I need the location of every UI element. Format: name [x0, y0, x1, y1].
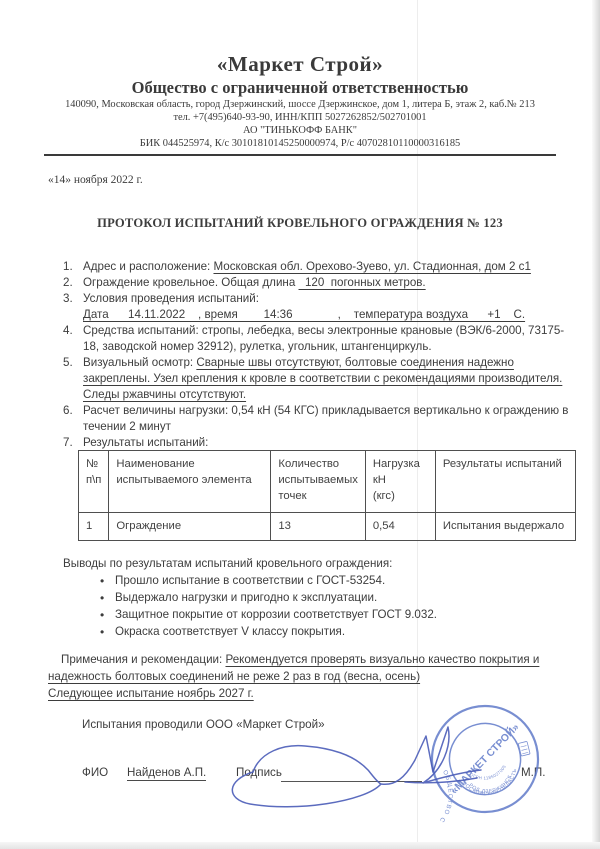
- protocol-items: 1. Адрес и расположение: Московская обл.…: [63, 259, 569, 451]
- bullet-icon: •: [100, 573, 115, 589]
- item-body: Визуальный осмотр: Сварные швы отсутству…: [83, 355, 569, 403]
- item-label: Визуальный осмотр:: [83, 356, 196, 369]
- item-value: Московская обл. Орехово-Зуево, ул. Стади…: [213, 260, 530, 273]
- bullet-text: Защитное покрытие от коррозии соответств…: [115, 607, 437, 623]
- list-item-address: 1. Адрес и расположение: Московская обл.…: [63, 259, 569, 275]
- item-body: Средства испытаний: стропы, лебедка, вес…: [83, 323, 569, 355]
- page-title: ПРОТОКОЛ ИСПЫТАНИЙ КРОВЕЛЬНОГО ОГРАЖДЕНИ…: [15, 216, 585, 231]
- conclusions-section: Выводы по результатам испытаний кровельн…: [63, 556, 563, 640]
- next-test-date: Следующее испытание ноябрь 2027 г.: [48, 687, 254, 700]
- item-body: Условия проведения испытаний: Дата 14.11…: [83, 291, 569, 323]
- bullet-icon: •: [100, 607, 115, 623]
- company-address: 140090, Московская область, город Дзержи…: [0, 98, 600, 111]
- conclusion-bullet: • Защитное покрытие от коррозии соответс…: [63, 607, 563, 623]
- item-number: 7.: [63, 435, 83, 451]
- page-right-edge: [592, 0, 600, 849]
- cell-points: 13: [271, 513, 365, 541]
- item-body: Результаты испытаний:: [83, 435, 569, 451]
- company-type: Общество с ограниченной ответственностью: [0, 77, 600, 98]
- col-header-element: Наименование испытываемого элемента: [109, 451, 271, 513]
- item-label: Ограждение кровельное. Общая длина: [83, 276, 299, 289]
- list-item-visual-inspection: 5. Визуальный осмотр: Сварные швы отсутс…: [63, 355, 569, 403]
- document-date: «14» ноября 2022 г.: [48, 174, 143, 186]
- table-row: 1 Ограждение 13 0,54 Испытания выдержало: [79, 513, 576, 541]
- list-item-load-calc: 6. Расчет величины нагрузки: 0,54 кН (54…: [63, 403, 569, 435]
- list-item-equipment: 4. Средства испытаний: стропы, лебедка, …: [63, 323, 569, 355]
- bullet-text: Выдержало нагрузки и пригодно к эксплуат…: [115, 590, 377, 606]
- table-header-row: № п\п Наименование испытываемого элемент…: [79, 451, 576, 513]
- item-body: Расчет величины нагрузки: 0,54 кН (54 КГ…: [83, 403, 569, 435]
- item-number: 4.: [63, 323, 83, 355]
- item-label: Адрес и расположение:: [83, 260, 213, 273]
- bullet-text: Окраска соответствует V классу покрытия.: [115, 624, 345, 640]
- bullet-icon: •: [100, 624, 115, 640]
- col-header-number: № п\п: [79, 451, 109, 513]
- list-item-length: 2. Ограждение кровельное. Общая длина 12…: [63, 275, 569, 291]
- item-body: Адрес и расположение: Московская обл. Ор…: [83, 259, 569, 275]
- item-number: 6.: [63, 403, 83, 435]
- item-number: 3.: [63, 291, 83, 323]
- scanned-document-page: «Маркет Строй» Общество с ограниченной о…: [0, 0, 600, 849]
- letterhead: «Маркет Строй» Общество с ограниченной о…: [0, 51, 600, 150]
- col-header-result: Результаты испытаний: [435, 451, 575, 513]
- item-number: 5.: [63, 355, 83, 403]
- fio-value: Найденов А.П.: [127, 766, 206, 781]
- bullet-text: Прошло испытание в соответствии с ГОСТ-5…: [115, 573, 385, 589]
- fio-label: ФИО: [82, 766, 108, 779]
- bullet-icon: •: [100, 590, 115, 606]
- list-item-results: 7. Результаты испытаний:: [63, 435, 569, 451]
- item-value: 120 погонных метров.: [299, 276, 426, 289]
- col-header-points: Количество испытываемых точек: [271, 451, 365, 513]
- company-name: «Маркет Строй»: [0, 51, 600, 77]
- conclusion-bullet: • Выдержало нагрузки и пригодно к эксплу…: [63, 590, 563, 606]
- cell-result: Испытания выдержало: [435, 513, 575, 541]
- handwritten-signature: [205, 710, 495, 810]
- notes-section: Примечания и рекомендации: Рекомендуется…: [48, 651, 562, 702]
- letterhead-divider: [44, 154, 556, 156]
- cell-number: 1: [79, 513, 109, 541]
- item-number: 1.: [63, 259, 83, 275]
- notes-label: Примечания и рекомендации:: [61, 653, 225, 666]
- conclusions-intro: Выводы по результатам испытаний кровельн…: [63, 556, 563, 572]
- notes-paragraph: Примечания и рекомендации: Рекомендуется…: [48, 651, 562, 685]
- col-header-load: Нагрузка кН (кгс): [365, 451, 435, 513]
- item-number: 2.: [63, 275, 83, 291]
- conclusion-bullet: • Окраска соответствует V классу покрыти…: [63, 624, 563, 640]
- conclusion-bullet: • Прошло испытание в соответствии с ГОСТ…: [63, 573, 563, 589]
- item-label: Условия проведения испытаний:: [83, 292, 259, 305]
- cell-load: 0,54: [365, 513, 435, 541]
- list-item-conditions: 3. Условия проведения испытаний: Дата 14…: [63, 291, 569, 323]
- results-table: № п\п Наименование испытываемого элемент…: [78, 450, 576, 541]
- item-value: Дата 14.11.2022 , время 14:36 , температ…: [83, 308, 525, 321]
- cell-element: Ограждение: [109, 513, 271, 541]
- company-contacts: тел. +7(495)640-93-90, ИНН/КПП 502726285…: [0, 111, 600, 124]
- company-accounts: БИК 044525974, К/с 30101810145250000974,…: [0, 137, 600, 150]
- item-body: Ограждение кровельное. Общая длина 120 п…: [83, 275, 569, 291]
- page-bottom-edge: [0, 842, 600, 849]
- company-bank: АО "ТИНЬКОФФ БАНК": [0, 124, 600, 137]
